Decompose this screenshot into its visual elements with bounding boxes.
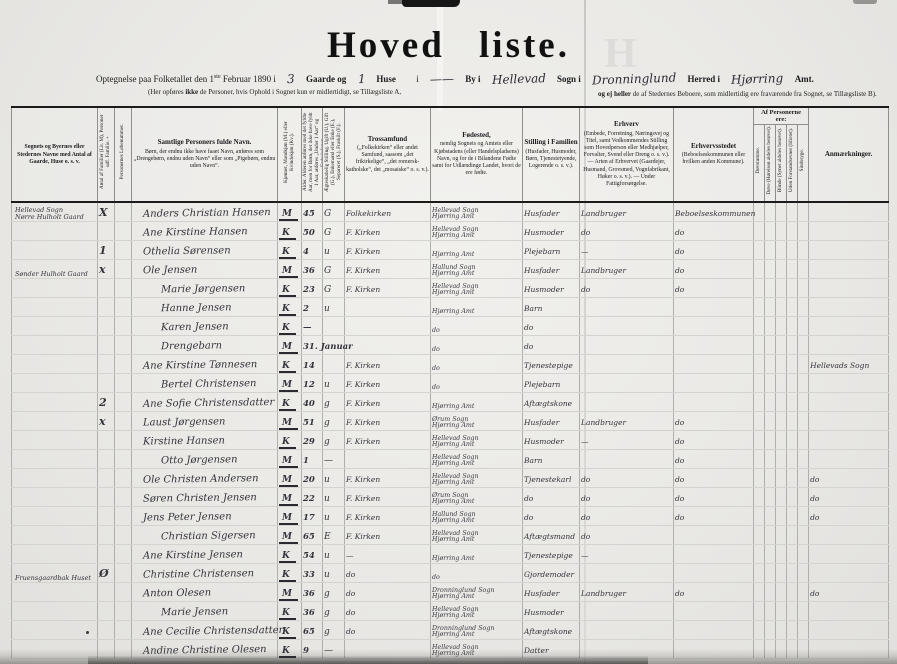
table-row: Ane Kirstine JensenK54u—Hjørring AmtTjen… [12, 544, 889, 563]
cell-age: 45 [302, 202, 323, 222]
cell-sex: K [278, 563, 302, 582]
cell-family-position: Tjenestekarl [523, 468, 580, 487]
cell-place [12, 430, 98, 449]
cell-deafmute [754, 544, 765, 563]
cell-remarks [809, 373, 889, 392]
cell-family-position: Husmoder [523, 601, 580, 620]
cell-religion: — [345, 544, 431, 563]
cell-family-position: do [523, 316, 580, 335]
cell-sex: M [278, 259, 302, 278]
cell-birthplace: Hellevad SognHjørring Amt [431, 278, 523, 297]
cell-remarks: do [809, 506, 889, 525]
col-header-marital: Ægteskabelig Stilling. Ugift (U.), Gift … [323, 107, 345, 202]
cell-birthplace: do [431, 354, 523, 373]
col-header-age-label: Alder. Alderen anføres med det fyldte Aa… [303, 112, 323, 192]
cell-birthplace: Hjørring Amt [431, 544, 523, 563]
cell-families-mark: X [98, 202, 115, 222]
cell-age: 17 [302, 506, 323, 525]
census-table-body: Hellevad SognNørre Hulholt GaardXAnders … [12, 202, 889, 659]
cell-deaf [765, 506, 776, 525]
cell-name: Laust Jørgensen [132, 411, 278, 430]
cell-religion: F. Kirken [345, 373, 431, 392]
col-header-family-position: Stilling i Familien (Husfader, Husmoder,… [523, 107, 580, 202]
col-header-age: Alder. Alderen anføres med det fyldte Aa… [302, 107, 323, 202]
cell-place [12, 392, 98, 411]
cell-families-mark [98, 544, 115, 563]
cell-birthplace: do [431, 316, 523, 335]
cell-name: Jens Peter Jensen [132, 506, 278, 525]
cell-name: Otto Jørgensen [132, 449, 278, 468]
cell-serial [115, 430, 132, 449]
table-row: Anton OlesenM36gdoDronninglund SognHjørr… [12, 582, 889, 601]
cell-occupation-place [674, 544, 754, 563]
cell-family-position: Tjenestepige [523, 544, 580, 563]
cell-place [12, 582, 98, 601]
cell-name: Bertel Christensen [132, 373, 278, 392]
cell-blind [776, 601, 787, 620]
cell-name: Ole Jensen [132, 259, 278, 278]
cell-occupation-place [674, 373, 754, 392]
cell-place: Hellevad SognNørre Hulholt Gaard [12, 202, 98, 222]
cell-family-position: Aftægtsmand [523, 525, 580, 544]
cell-marital: g [323, 601, 345, 620]
cell-age: 51 [302, 411, 323, 430]
cell-name: Ane Cecilie Christensdatter [132, 620, 278, 639]
cell-name: Drengebarn [132, 335, 278, 354]
cell-place [12, 487, 98, 506]
cell-place [12, 411, 98, 430]
cell-occupation-place: do [674, 259, 754, 278]
cell-deaf [765, 411, 776, 430]
cell-remarks [809, 278, 889, 297]
cell-sex: M [278, 411, 302, 430]
cell-marital: E [323, 525, 345, 544]
cell-religion: F. Kirken [345, 468, 431, 487]
cell-birthplace: do [431, 563, 523, 582]
cell-deafmute [754, 430, 765, 449]
cell-deafmute [754, 582, 765, 601]
cell-marital: g [323, 582, 345, 601]
cell-religion [345, 335, 431, 354]
cell-remarks [809, 525, 889, 544]
cell-sex: K [278, 240, 302, 259]
cell-insane [798, 392, 809, 411]
cell-occupation-place: do [674, 240, 754, 259]
cell-family-position: Husmoder [523, 430, 580, 449]
cell-families-mark [98, 601, 115, 620]
cell-blind [776, 278, 787, 297]
cell-idiot [787, 297, 798, 316]
cell-occupation-place: do [674, 278, 754, 297]
cell-blind [776, 316, 787, 335]
cell-deafmute [754, 392, 765, 411]
cell-blind [776, 544, 787, 563]
cell-place [12, 525, 98, 544]
cell-insane [798, 221, 809, 240]
cell-marital: u [323, 506, 345, 525]
cell-occupation: Landbruger [580, 259, 674, 278]
instruction-note-right: og ej heller de af Stedernes Beboere, so… [598, 90, 877, 98]
cell-occupation-place [674, 354, 754, 373]
col-header-occupation-title: Erhverv [581, 120, 672, 128]
gaarde-label: Gaarde og [306, 74, 346, 84]
cell-blind [776, 430, 787, 449]
cell-occupation [580, 601, 674, 620]
cell-serial [115, 354, 132, 373]
cell-deaf [765, 373, 776, 392]
cell-occupation: do [580, 525, 674, 544]
handwritten-gaarde-count: 3 [287, 72, 295, 86]
cell-occupation-place: do [674, 430, 754, 449]
table-row: Ane Kirstine HansenK50GF. KirkenHellevad… [12, 221, 889, 240]
col-header-insane: Sindssyge. [798, 125, 809, 202]
cell-name: Ane Kirstine Tønnesen [132, 354, 278, 373]
cell-family-position: Husfader [523, 411, 580, 430]
cell-idiot [787, 411, 798, 430]
cell-deaf [765, 335, 776, 354]
cell-blind [776, 487, 787, 506]
cell-deafmute [754, 335, 765, 354]
cell-idiot [787, 221, 798, 240]
cell-religion: do [345, 563, 431, 582]
cell-deaf [765, 259, 776, 278]
cell-family-position: Plejebarn [523, 240, 580, 259]
cell-age: 4 [302, 240, 323, 259]
cell-families-mark [98, 278, 115, 297]
cell-age: 33 [302, 563, 323, 582]
cell-occupation: do [580, 278, 674, 297]
col-header-idiot-label: Uden Forstandsevner (Idioter). [789, 128, 795, 192]
cell-remarks [809, 259, 889, 278]
cell-blind [776, 354, 787, 373]
table-row: Ane Kirstine TønnesenK14F. KirkendoTjene… [12, 354, 889, 373]
col-header-birthplace-sub: nemlig Sognets og Amtets eller Kjøbstade… [432, 141, 521, 177]
cell-age: 54 [302, 544, 323, 563]
col-header-deaf-label: Døve (Hørelsen aldeles berøvet). [767, 126, 773, 195]
cell-blind [776, 335, 787, 354]
cell-remarks [809, 202, 889, 222]
col-header-sex: Kjønnet, Mandkjøn (M.) eller Kvindekjøn … [278, 107, 302, 202]
cell-occupation-place [674, 525, 754, 544]
amt-label: Amt. [795, 74, 814, 84]
cell-occupation [580, 563, 674, 582]
cell-age: 65 [302, 620, 323, 639]
huse-label: Huse [376, 74, 396, 84]
cell-occupation [580, 297, 674, 316]
cell-age: 31. Januar [302, 335, 323, 354]
cell-insane [798, 468, 809, 487]
handwritten-herred-value: Dronninglund [592, 71, 677, 88]
cell-occupation: do [580, 506, 674, 525]
col-header-remarks-label: Anmærkninger. [810, 150, 887, 158]
cell-idiot [787, 240, 798, 259]
col-header-name: Samtlige Personers fulde Navn. Børn, der… [132, 107, 278, 202]
cell-birthplace: Hellevad SognHjørring Amt [431, 221, 523, 240]
cell-age: — [302, 316, 323, 335]
cell-age: 1 [302, 449, 323, 468]
cell-blind [776, 373, 787, 392]
col-header-marital-label: Ægteskabelig Stilling. Ugift (U.), Gift … [325, 112, 343, 192]
col-header-blind: Blinde (Synet aldeles berøvet). [776, 125, 787, 202]
cell-marital: — [323, 449, 345, 468]
cell-families-mark: 2 [98, 392, 115, 411]
cell-occupation-place [674, 316, 754, 335]
cell-deafmute [754, 601, 765, 620]
col-header-birthplace-title: Fødested, [432, 131, 521, 139]
cell-birthplace: Hellevad SognHjørring Amt [431, 430, 523, 449]
cell-families-mark [98, 316, 115, 335]
table-row: Fruensgaardbak HusetØChristine Christens… [12, 563, 889, 582]
cell-marital: u [323, 240, 345, 259]
table-row: Christian SigersenM65EF. KirkenHellevad … [12, 525, 889, 544]
cell-deaf [765, 278, 776, 297]
cell-occupation-place [674, 601, 754, 620]
cell-insane [798, 563, 809, 582]
cell-name: Anders Christian Hansen [132, 202, 278, 222]
cell-occupation: do [580, 468, 674, 487]
cell-insane [798, 373, 809, 392]
cell-families-mark [98, 468, 115, 487]
document-scan: H Hoved liste. Optegnelse paa Folketalle… [0, 0, 897, 664]
cell-insane [798, 449, 809, 468]
col-header-deafmute: Døvstumme. [754, 125, 765, 202]
cell-families-mark: x [98, 411, 115, 430]
cell-sex: K [278, 297, 302, 316]
cell-name: Marie Jensen [132, 601, 278, 620]
cell-deaf [765, 468, 776, 487]
cell-occupation-place: do [674, 487, 754, 506]
cell-occupation-place [674, 335, 754, 354]
cell-name: Søren Christen Jensen [132, 487, 278, 506]
cell-deafmute [754, 487, 765, 506]
cell-occupation-place [674, 297, 754, 316]
cell-family-position: Husfader [523, 259, 580, 278]
col-group-conditions-label: Af Personerne ere: [761, 109, 801, 123]
col-header-occupation-sub: (Embede, Forretning, Næringsvej og Titel… [581, 131, 672, 189]
cell-deafmute [754, 297, 765, 316]
table-row: Sønder Hulholt GaardxOle JensenM36GF. Ki… [12, 259, 889, 278]
cell-religion: F. Kirken [345, 259, 431, 278]
cell-sex: M [278, 506, 302, 525]
table-row: Marie JørgensenK23GF. KirkenHellevad Sog… [12, 278, 889, 297]
cell-serial [115, 449, 132, 468]
cell-age: 50 [302, 221, 323, 240]
cell-sex: M [278, 373, 302, 392]
col-header-occupation: Erhverv (Embede, Forretning, Næringsvej … [580, 107, 674, 202]
cell-occupation: — [580, 430, 674, 449]
col-header-families: Antal af Familier (Lit. M), Personer udf… [98, 107, 115, 202]
cell-place [12, 620, 98, 639]
cell-deafmute [754, 525, 765, 544]
cell-deaf [765, 582, 776, 601]
cell-family-position: Aftægtskone [523, 392, 580, 411]
cell-idiot [787, 601, 798, 620]
cell-religion [345, 449, 431, 468]
cell-marital: G [323, 221, 345, 240]
cell-birthplace: Hjørring Amt [431, 240, 523, 259]
cell-family-position: Barn [523, 297, 580, 316]
cell-remarks [809, 335, 889, 354]
cell-blind [776, 506, 787, 525]
cell-insane [798, 354, 809, 373]
cell-sex: M [278, 335, 302, 354]
page-title: Hoved liste. [0, 24, 897, 67]
handwritten-huse-count: 1 [357, 72, 365, 86]
cell-age: 12 [302, 373, 323, 392]
col-header-families-label: Antal af Familier (Lit. M), Personer udf… [100, 112, 112, 192]
cell-insane [798, 430, 809, 449]
cell-age: 36 [302, 582, 323, 601]
cell-name: Hanne Jensen [132, 297, 278, 316]
cell-family-position: do [523, 506, 580, 525]
sogn-label: Sogn i [557, 74, 581, 84]
scan-artifact-top-right [853, 0, 877, 4]
cell-sex: M [278, 582, 302, 601]
cell-name: Ole Christen Andersen [132, 468, 278, 487]
cell-place [12, 221, 98, 240]
cell-serial [115, 297, 132, 316]
col-header-idiot: Uden Forstandsevner (Idioter). [787, 125, 798, 202]
cell-blind [776, 240, 787, 259]
cell-family-position: Husfader [523, 202, 580, 222]
cell-family-position: Tjenestepige [523, 354, 580, 373]
cell-religion: do [345, 582, 431, 601]
cell-remarks [809, 563, 889, 582]
cell-marital: u [323, 468, 345, 487]
cell-blind [776, 449, 787, 468]
cell-insane [798, 487, 809, 506]
cell-name: Marie Jørgensen [132, 278, 278, 297]
cell-insane [798, 316, 809, 335]
cell-marital: u [323, 487, 345, 506]
cell-occupation [580, 335, 674, 354]
cell-deaf [765, 297, 776, 316]
cell-birthplace: Ørum SognHjørring Amt [431, 487, 523, 506]
cell-idiot [787, 259, 798, 278]
census-table: Sognets og Byernes eller Stedernes Navne… [11, 106, 889, 659]
cell-blind [776, 582, 787, 601]
cell-idiot [787, 354, 798, 373]
cell-birthplace: Hallund SognHjørring Amt [431, 259, 523, 278]
note-right-bold: og ej heller [598, 90, 631, 98]
cell-age: 2 [302, 297, 323, 316]
cell-age: 65 [302, 525, 323, 544]
cell-serial [115, 411, 132, 430]
cell-occupation-place [674, 392, 754, 411]
cell-remarks [809, 544, 889, 563]
table-row: 1Othelia SørensenK4uF. KirkenHjørring Am… [12, 240, 889, 259]
cell-idiot [787, 620, 798, 639]
cell-deaf [765, 563, 776, 582]
cell-remarks [809, 449, 889, 468]
cell-birthplace: Hjørring Amt [431, 297, 523, 316]
cell-idiot [787, 335, 798, 354]
cell-sex: M [278, 468, 302, 487]
cell-insane [798, 240, 809, 259]
cell-families-mark [98, 221, 115, 240]
cell-place [12, 468, 98, 487]
cell-blind [776, 525, 787, 544]
cell-birthplace: Hellevad SognHjørring Amt [431, 525, 523, 544]
cell-deafmute [754, 563, 765, 582]
col-header-name-title: Samtlige Personers fulde Navn. [133, 138, 276, 146]
cell-blind [776, 202, 787, 222]
cell-place: Fruensgaardbak Huset [12, 563, 98, 582]
table-row: Karen JensenK—dodo [12, 316, 889, 335]
cell-occupation: do [580, 487, 674, 506]
cell-occupation-place: do [674, 582, 754, 601]
cell-age: 40 [302, 392, 323, 411]
cell-religion: F. Kirken [345, 278, 431, 297]
cell-family-position: do [523, 487, 580, 506]
cell-deafmute [754, 354, 765, 373]
table-row: xLaust JørgensenM51gF. KirkenØrum SognHj… [12, 411, 889, 430]
cell-deaf [765, 202, 776, 222]
cell-marital: g [323, 392, 345, 411]
cell-name: Ane Kirstine Jensen [132, 544, 278, 563]
cell-place: Sønder Hulholt Gaard [12, 259, 98, 278]
cell-sex: K [278, 392, 302, 411]
cell-birthplace: Hellevad SognHjørring Amt [431, 449, 523, 468]
note-right-post: de af Stedernes Beboere, som midlertidig… [631, 90, 877, 98]
cell-place [12, 506, 98, 525]
cell-birthplace: Hellevad SognHjørring Amt [431, 601, 523, 620]
cell-name: Karen Jensen [132, 316, 278, 335]
cell-insane [798, 202, 809, 222]
cell-name: Christine Christensen [132, 563, 278, 582]
subtitle-pre: Optegnelse paa Folketallet den [96, 74, 207, 84]
by-label: By i [465, 74, 480, 84]
cell-occupation: Landbruger [580, 411, 674, 430]
cell-deafmute [754, 316, 765, 335]
cell-occupation [580, 316, 674, 335]
cell-marital: g [323, 430, 345, 449]
cell-sex: K [278, 316, 302, 335]
note-left-bold: ikke [185, 88, 198, 96]
col-header-deaf: Døve (Hørelsen aldeles berøvet). [765, 125, 776, 202]
col-header-serial: Personernes Løbenummer. [115, 107, 132, 202]
cell-birthplace: Ørum SognHjørring Amt [431, 411, 523, 430]
cell-families-mark [98, 335, 115, 354]
cell-marital: g [323, 411, 345, 430]
cell-name: Othelia Sørensen [132, 240, 278, 259]
cell-deaf [765, 525, 776, 544]
cell-serial [115, 487, 132, 506]
cell-marital [323, 354, 345, 373]
cell-occupation-place: do [674, 468, 754, 487]
cell-age: 23 [302, 278, 323, 297]
cell-idiot [787, 487, 798, 506]
cell-serial [115, 392, 132, 411]
table-row: Otto JørgensenM1—Hellevad SognHjørring A… [12, 449, 889, 468]
cell-marital: u [323, 297, 345, 316]
table-row: Ane Cecilie ChristensdatterK65gdoDronnin… [12, 620, 889, 639]
cell-name: Christian Sigersen [132, 525, 278, 544]
cell-sex: M [278, 487, 302, 506]
cell-families-mark: Ø [98, 563, 115, 582]
cell-deafmute [754, 506, 765, 525]
cell-birthplace: Hellevad SognHjørring Amt [431, 202, 523, 222]
cell-occupation-place [674, 620, 754, 639]
cell-remarks [809, 240, 889, 259]
table-row: Kirstine HansenK29gF. KirkenHellevad Sog… [12, 430, 889, 449]
cell-blind [776, 620, 787, 639]
cell-remarks: do [809, 468, 889, 487]
cell-deafmute [754, 468, 765, 487]
cell-occupation: Landbruger [580, 582, 674, 601]
cell-age: 14 [302, 354, 323, 373]
cell-age: 29 [302, 430, 323, 449]
